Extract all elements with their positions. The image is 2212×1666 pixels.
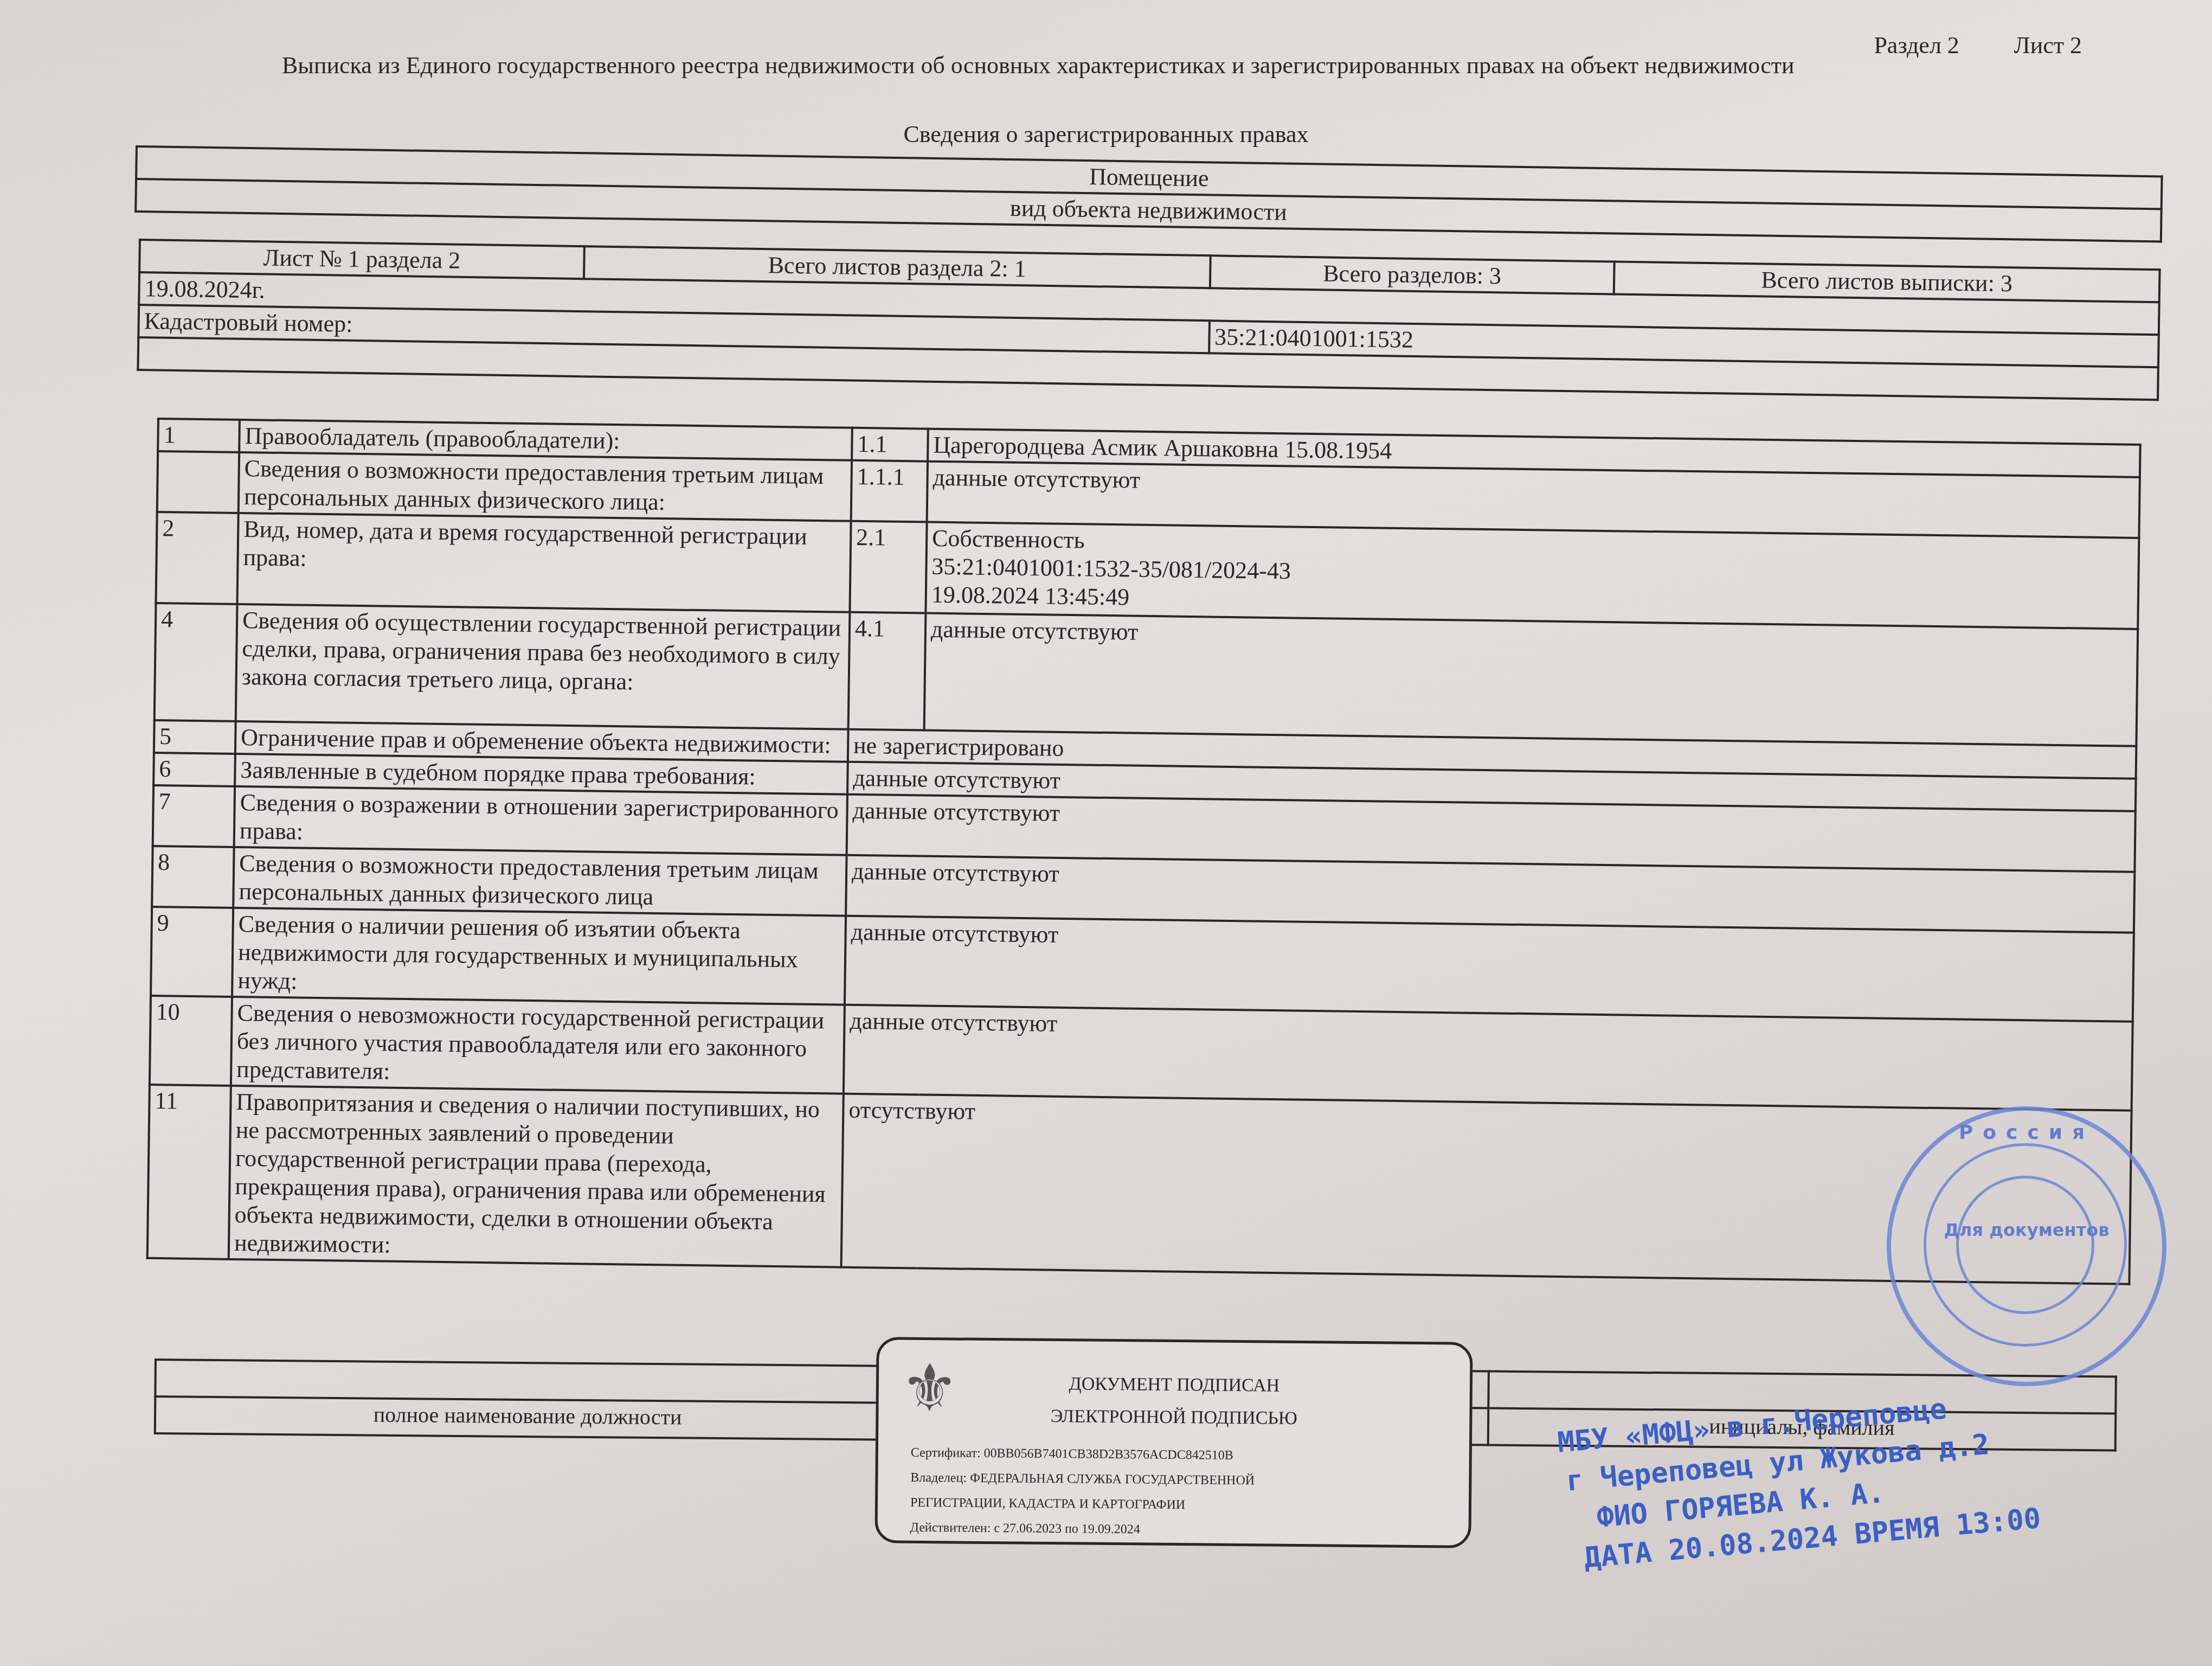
section-label: Раздел 2 — [1874, 32, 1959, 59]
seal-center-text: Для документов — [1891, 1219, 2162, 1241]
certificate-owner-1: Владелец: ФЕДЕРАЛЬНАЯ СЛУЖБА ГОСУДАРСТВЕ… — [910, 1465, 1255, 1494]
row-value: данные отсутствуют — [845, 916, 2134, 1022]
row-label: Сведения о возможности предоставления тр… — [233, 847, 846, 916]
row-number: 8 — [152, 846, 234, 908]
object-type-table: Помещение вид объекта недвижимости — [134, 145, 2163, 242]
row-label: Сведения о невозможности государственной… — [231, 997, 845, 1094]
row-number: 10 — [150, 996, 232, 1086]
position-caption: полное наименование должности — [155, 1396, 901, 1440]
rights-table: 1 Правообладатель (правообладатели): 1.1… — [146, 418, 2142, 1285]
certificate-number: Сертификат: 00BB056B7401CB38D2B3576ACDC8… — [911, 1440, 1255, 1469]
table-row: 11 Правопритязания и сведения о наличии … — [147, 1085, 2132, 1284]
esig-line1: ДОКУМЕНТ ПОДПИСАН — [879, 1372, 1470, 1398]
row-label: Вид, номер, дата и время государственной… — [237, 513, 851, 612]
row-number: 2 — [156, 512, 239, 604]
row-number: 5 — [154, 720, 236, 754]
row-number: 6 — [153, 753, 235, 786]
row-subnumber: 2.1 — [850, 521, 927, 613]
row-subnumber: 1.1.1 — [851, 460, 928, 522]
row-subnumber: 4.1 — [848, 612, 926, 731]
row-label: Правопритязания и сведения о наличии пос… — [229, 1086, 844, 1267]
row-subnumber: 1.1 — [852, 428, 928, 462]
row-number: 1 — [158, 419, 240, 452]
row-number — [157, 451, 239, 513]
seal-ring-inner — [1956, 1176, 2094, 1314]
seal-top-text: Россия — [1891, 1122, 2162, 1144]
row-label: Сведения о наличии решения об изъятии об… — [232, 908, 846, 1005]
row-value: Собственность 35:21:0401001:1532-35/081/… — [925, 522, 2139, 629]
certificate-owner-2: РЕГИСТРАЦИИ, КАДАСТРА И КАРТОГРАФИИ — [910, 1490, 1255, 1518]
row-label: Сведения о возможности предоставления тр… — [239, 452, 852, 521]
row-number: 11 — [147, 1085, 231, 1259]
total-sections: Всего разделов: 3 — [1210, 255, 1615, 294]
row-label: Сведения о возражении в отношении зареги… — [234, 786, 847, 855]
round-seal-stamp: Россия Для документов — [1887, 1106, 2166, 1386]
document-page: Раздел 2 Лист 2 Выписка из Единого госуд… — [0, 0, 2212, 1666]
esig-line2: ЭЛЕКТРОННОЙ ПОДПИСЬЮ — [878, 1405, 1469, 1431]
row-number: 9 — [151, 907, 233, 997]
section-sheet-header: Раздел 2 Лист 2 — [1825, 31, 2082, 59]
row-value: данные отсутствуют — [924, 613, 2138, 746]
row-number: 7 — [153, 785, 235, 847]
position-field — [155, 1360, 901, 1403]
sheet-label: Лист 2 — [2014, 32, 2082, 59]
electronic-signature-box: ⚜ ДОКУМЕНТ ПОДПИСАН ЭЛЕКТРОННОЙ ПОДПИСЬЮ… — [874, 1337, 1472, 1548]
document-subtitle: Сведения о зарегистрированных правах — [0, 120, 2212, 148]
certificate-validity: Действителен: с 27.06.2023 по 19.09.2024 — [910, 1515, 1254, 1543]
row-value: данные отсутствуют — [844, 1005, 2133, 1111]
document-title: Выписка из Единого государственного реес… — [282, 52, 1795, 79]
sheet-meta-table: Лист № 1 раздела 2 Всего листов раздела … — [137, 239, 2160, 401]
row-number: 4 — [155, 603, 237, 721]
certificate-info: Сертификат: 00BB056B7401CB38D2B3576ACDC8… — [910, 1440, 1255, 1543]
row-label: Сведения об осуществлении государственно… — [236, 604, 850, 729]
